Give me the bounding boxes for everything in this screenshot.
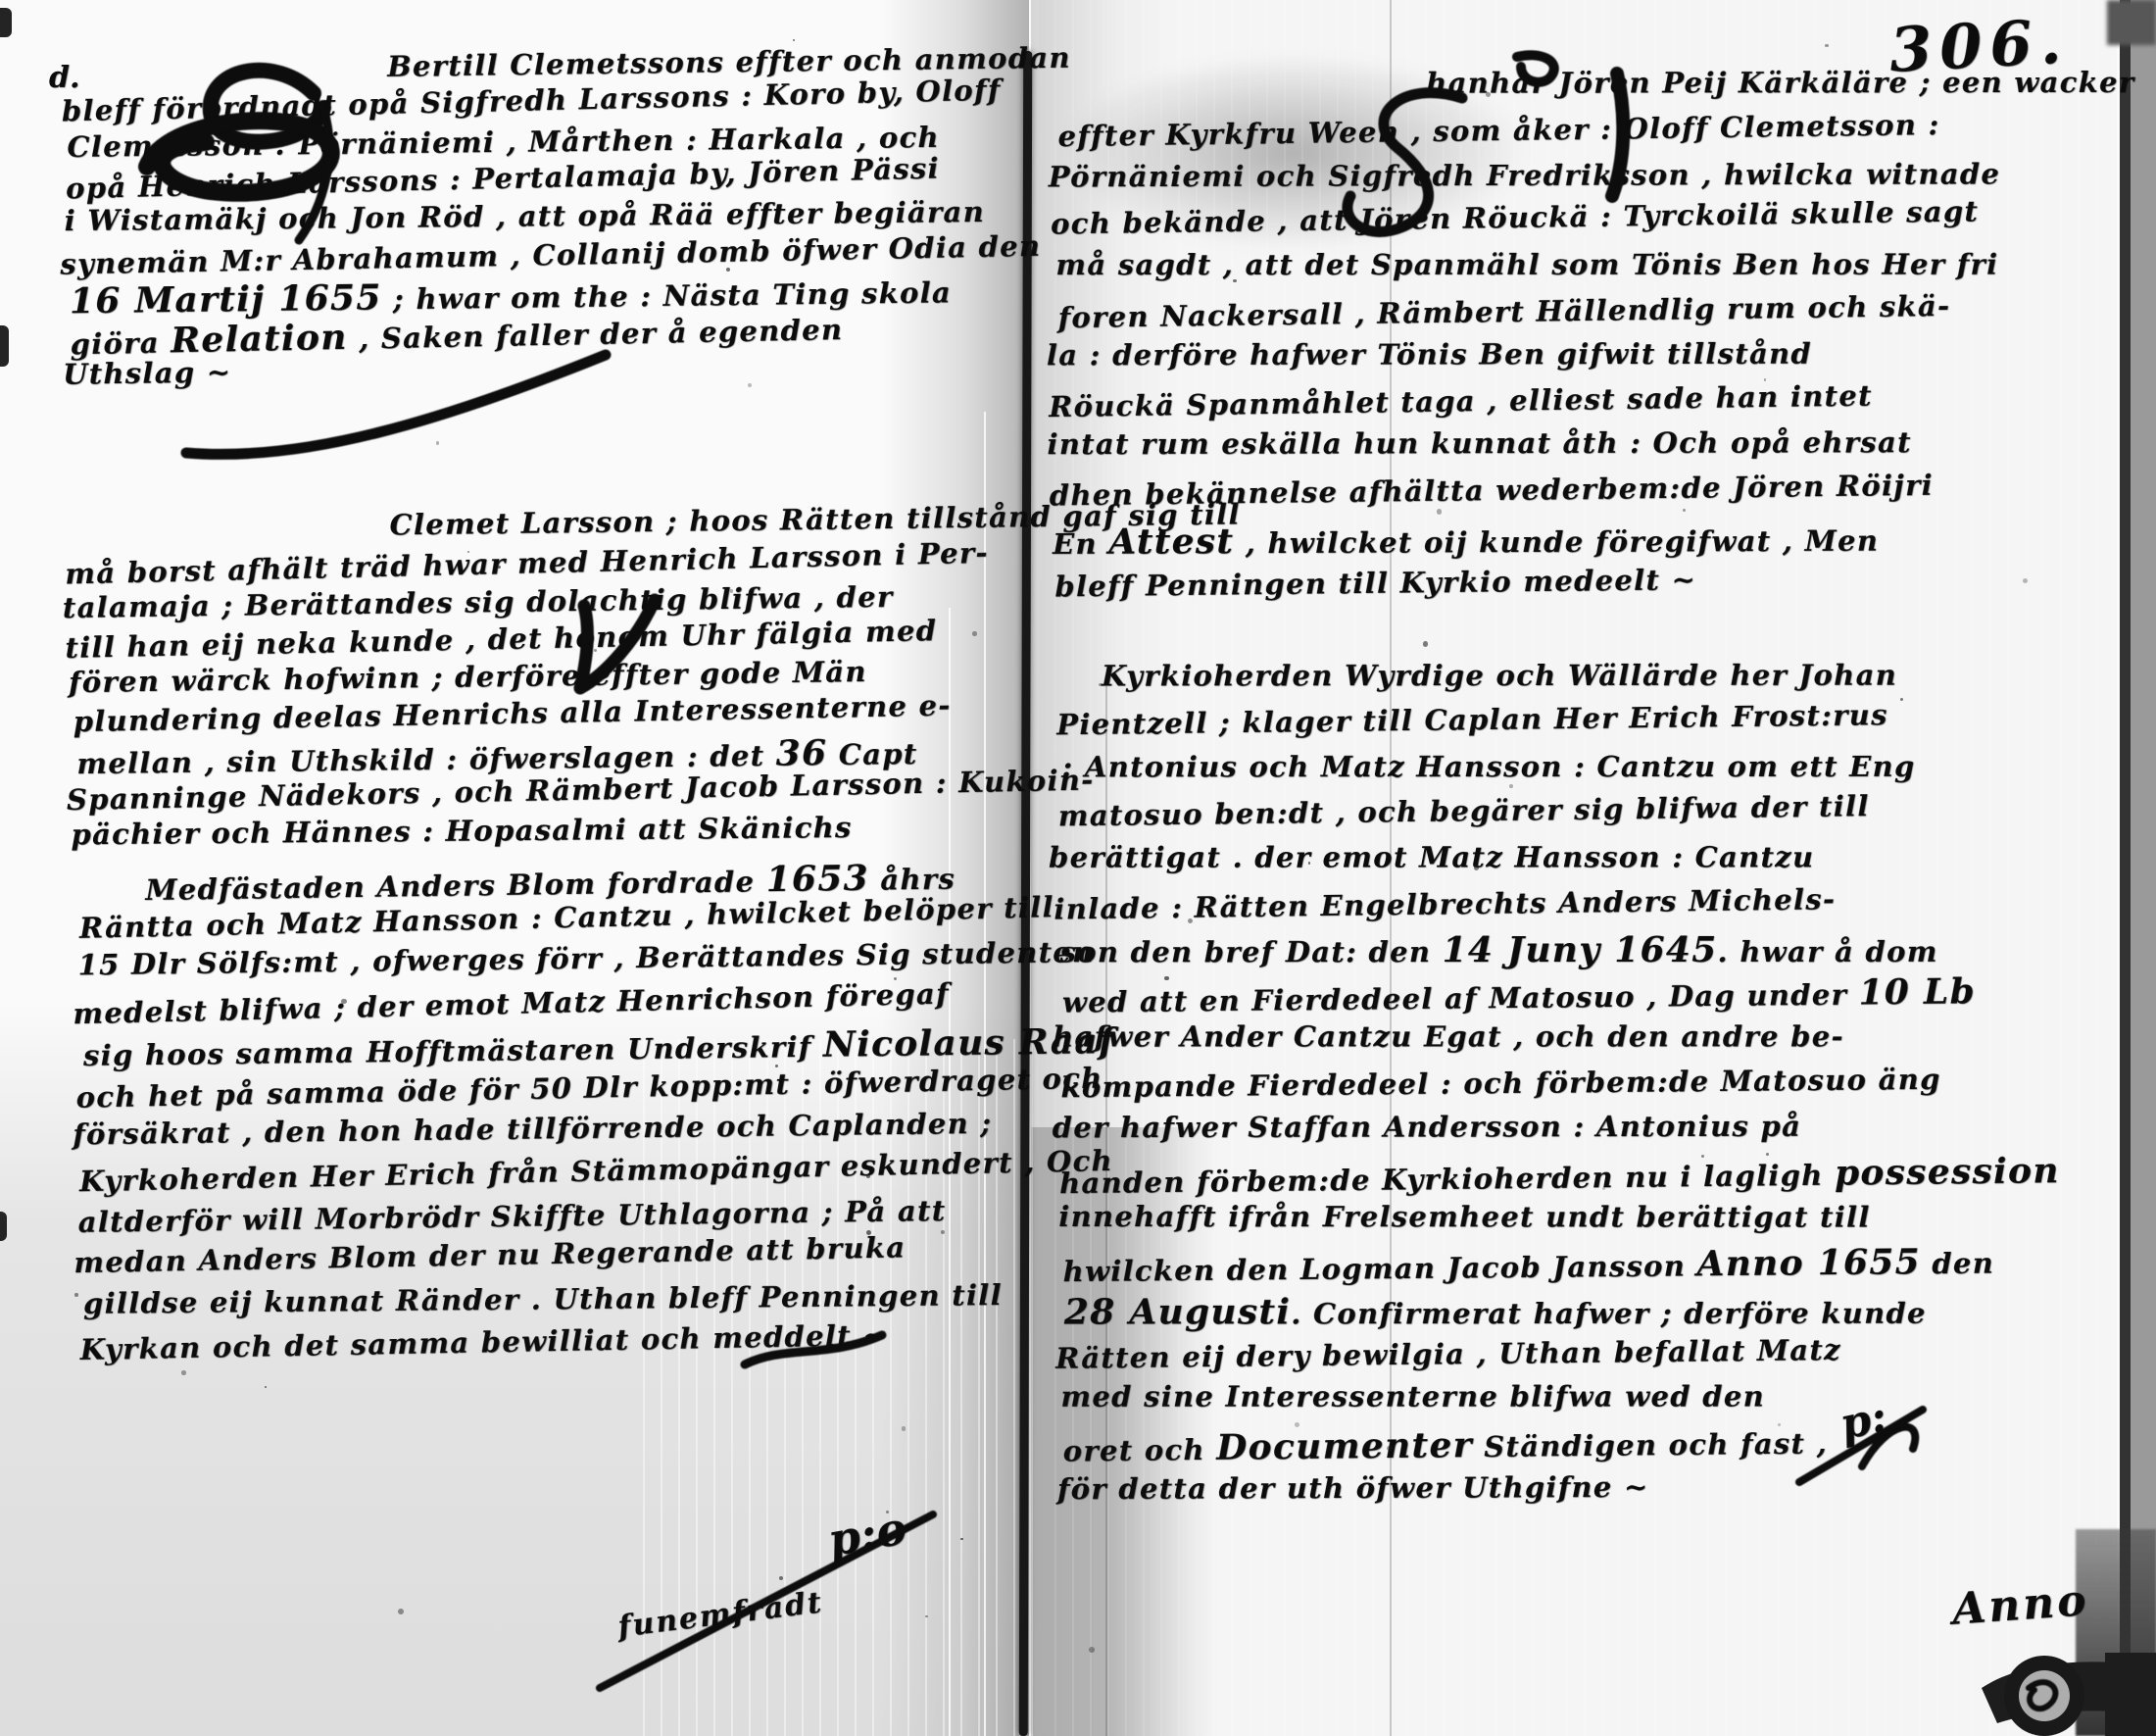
handwritten-line: kompande Fierdedeel : och förbem:de Mato… [1060,1063,1940,1104]
handwriting-text: dhen bekännelse afhältta wederbem:de Jör… [1050,469,1935,513]
handwriting-text: der hafwer Staffan Andersson : Antonius … [1053,1110,1802,1144]
handwriting-text: hwilcken den Logman Jacob Jansson [1062,1249,1696,1288]
handwriting-text: berättigat . der emot Matz Hansson : Can… [1049,840,1814,873]
emphasized-word: 14 Juny 1645 [1443,929,1718,970]
handwritten-line: matosuo ben:dt , och begärer sig blifwa … [1058,789,1870,832]
handwriting-text: Pientzell ; klager till Caplan Her Erich… [1056,698,1888,741]
handwriting-text: Pörnäniemi och Sigfredh Fredriksson , hw… [1049,157,2001,193]
ink-speck [1295,1422,1299,1427]
handwritten-line: hafwer Ander Cantzu Egat , och den andre… [1053,1019,1844,1053]
handwritten-line: dhen bekännelse afhältta wederbem:de Jör… [1050,469,1935,513]
ink-speck [1509,784,1513,788]
handwritten-line: inlade : Rätten Engelbrechts Anders Mich… [1053,882,1836,925]
handwritten-line: hanhar Jören Peij Kärkäläre ; een wacker [1426,66,2134,100]
ink-speck [866,1174,870,1178]
ink-speck [726,268,730,272]
handwriting-text: . Confirmerat hafwer ; derföre kunde [1291,1297,1927,1331]
handwriting-text: Röuckä Spanmåhlet taga , elliest sade ha… [1049,378,1873,423]
handwriting-text: kompande Fierdedeel : och förbem:de Mato… [1060,1063,1940,1104]
right-page-text: hanhar Jören Peij Kärkäläre ; een wacker… [0,0,2156,1736]
handwritten-line: la : derföre hafwer Tönis Ben gifwit til… [1047,337,1812,372]
handwritten-line: innehafft ifrån Frelsemheet undt berätti… [1058,1200,1870,1234]
ink-speck [596,1094,599,1097]
ink-speck [1766,1153,1769,1156]
handwriting-text: foren Nackersall , Rämbert Hällendlig ru… [1057,289,1950,334]
ink-speck [341,999,346,1004]
ink-speck [886,1511,889,1513]
ink-speck [1423,641,1429,647]
handwritten-line: må sagdt , att det Spanmähl som Tönis Be… [1055,248,1998,282]
handwriting-text: hafwer Ander Cantzu Egat , och den andre… [1053,1019,1844,1053]
ink-speck [1099,683,1102,686]
ink-speck [1089,1647,1095,1653]
handwriting-text: hanhar Jören Peij Kärkäläre ; een wacker [1426,66,2134,100]
handwriting-text: wed att en Fierdedeel af Matosuo , Dag u… [1062,977,1859,1018]
handwritten-line: effter Kyrkfru Ween , som åker : Oloff C… [1057,108,1939,153]
handwritten-line: hwilcken den Logman Jacob Jansson Anno 1… [1062,1241,1994,1291]
emphasized-word: Attest [1108,521,1234,563]
ink-speck [181,1370,186,1375]
emphasized-word: Anno 1655 [1696,1241,1921,1284]
handwriting-text: matosuo ben:dt , och begärer sig blifwa … [1058,789,1870,832]
handwriting-text: effter Kyrkfru Ween , som åker : Oloff C… [1057,108,1939,153]
handwritten-line: Pientzell ; klager till Caplan Her Erich… [1056,698,1888,741]
ink-speck [1701,1155,1704,1158]
handwriting-text: och bekände , att Jören Röuckä : Tyrckoi… [1051,194,1980,240]
handwriting-text: : Antonius och Matz Hansson : Cantzu om … [1061,750,1915,783]
emphasized-word: 28 Augusti [1064,1291,1291,1332]
ink-speck [1778,1423,1781,1426]
ink-speck [941,1230,945,1234]
ink-speck [2023,578,2028,583]
handwritten-line: berättigat . der emot Matz Hansson : Can… [1049,840,1814,873]
handwritten-line: oret och Documenter Ständigen och fast , [1062,1420,1828,1469]
emphasized-word: 10 Lb [1858,970,1976,1013]
handwriting-text: . hwar å dom [1717,935,1937,968]
ink-speck [972,631,976,635]
handwritten-line: bleff Penningen till Kyrkio medeelt ~ [1054,563,1696,603]
emphasized-word: Documenter [1216,1424,1473,1468]
handwriting-text: En [1053,527,1108,561]
ink-speck [74,1293,77,1296]
ink-speck [1308,862,1311,865]
ink-speck [1233,279,1237,283]
handwriting-text: intat rum eskälla hun kunnat åth : Och o… [1047,425,1911,461]
handwritten-line: son den bref Dat: den 14 Juny 1645. hwar… [1060,929,1938,970]
handwriting-text: den [1921,1247,1994,1281]
handwritten-line: foren Nackersall , Rämbert Hällendlig ru… [1057,289,1950,334]
handwritten-line: Röuckä Spanmåhlet taga , elliest sade ha… [1049,378,1873,423]
handwritten-line: 28 Augusti. Confirmerat hafwer ; derföre… [1064,1291,1927,1333]
ink-speck [902,1426,906,1430]
handwriting-text: bleff Penningen till Kyrkio medeelt ~ [1054,563,1696,603]
handwriting-text: med sine Interessenterne blifwa wed den [1060,1379,1765,1413]
manuscript-scan: 306. d. p:o funemfradt p: Anno Bertill C… [0,0,2156,1736]
handwritten-line: med sine Interessenterne blifwa wed den [1060,1379,1765,1413]
ink-speck [1164,976,1169,981]
handwriting-text: , hwilcket oij kunde föregifwat , Men [1234,524,1879,561]
handwriting-text: innehafft ifrån Frelsemheet undt berätti… [1058,1200,1870,1234]
handwriting-text: Kyrkioherden Wyrdige och Wällärde her Jo… [1102,659,1897,693]
handwritten-line: Rätten eij dery bewilgia , Uthan befalla… [1055,1333,1841,1375]
ink-speck [1387,1446,1392,1451]
handwriting-text: Rätten eij dery bewilgia , Uthan befalla… [1055,1333,1841,1375]
handwriting-text: la : derföre hafwer Tönis Ben gifwit til… [1047,337,1812,372]
handwritten-line: En Attest , hwilcket oij kunde föregifwa… [1053,519,1879,563]
handwritten-line: Pörnäniemi och Sigfredh Fredriksson , hw… [1049,157,2001,193]
handwritten-line: der hafwer Staffan Andersson : Antonius … [1053,1110,1802,1144]
handwriting-text: må sagdt , att det Spanmähl som Tönis Be… [1055,248,1998,282]
handwriting-text: för detta der uth öfwer Uthgifne ~ [1057,1470,1649,1506]
ink-speck [1474,865,1479,869]
ink-speck [1606,179,1609,182]
handwriting-text: son den bref Dat: den [1060,935,1443,968]
handwritten-line: för detta der uth öfwer Uthgifne ~ [1057,1470,1649,1506]
emphasized-word: possession [1835,1150,2060,1193]
handwritten-line: intat rum eskälla hun kunnat åth : Och o… [1047,425,1911,461]
handwriting-text: oret och [1063,1433,1217,1468]
handwritten-line: : Antonius och Matz Hansson : Cantzu om … [1061,750,1915,783]
handwriting-text: Ständigen och fast , [1473,1426,1829,1463]
handwritten-line: handen förbem:de Kyrkioherden nu i lagli… [1059,1150,2060,1202]
handwriting-text: handen förbem:de Kyrkioherden nu i lagli… [1059,1159,1835,1201]
ink-speck [730,589,733,592]
handwritten-line: wed att en Fierdedeel af Matosuo , Dag u… [1062,970,1976,1020]
handwritten-line: och bekände , att Jören Röuckä : Tyrckoi… [1051,194,1980,240]
left-edge-mark [0,1212,7,1241]
handwriting-text: inlade : Rätten Engelbrechts Anders Mich… [1053,882,1836,925]
ink-speck [748,383,752,387]
handwritten-line: Kyrkioherden Wyrdige och Wällärde her Jo… [1102,659,1897,693]
